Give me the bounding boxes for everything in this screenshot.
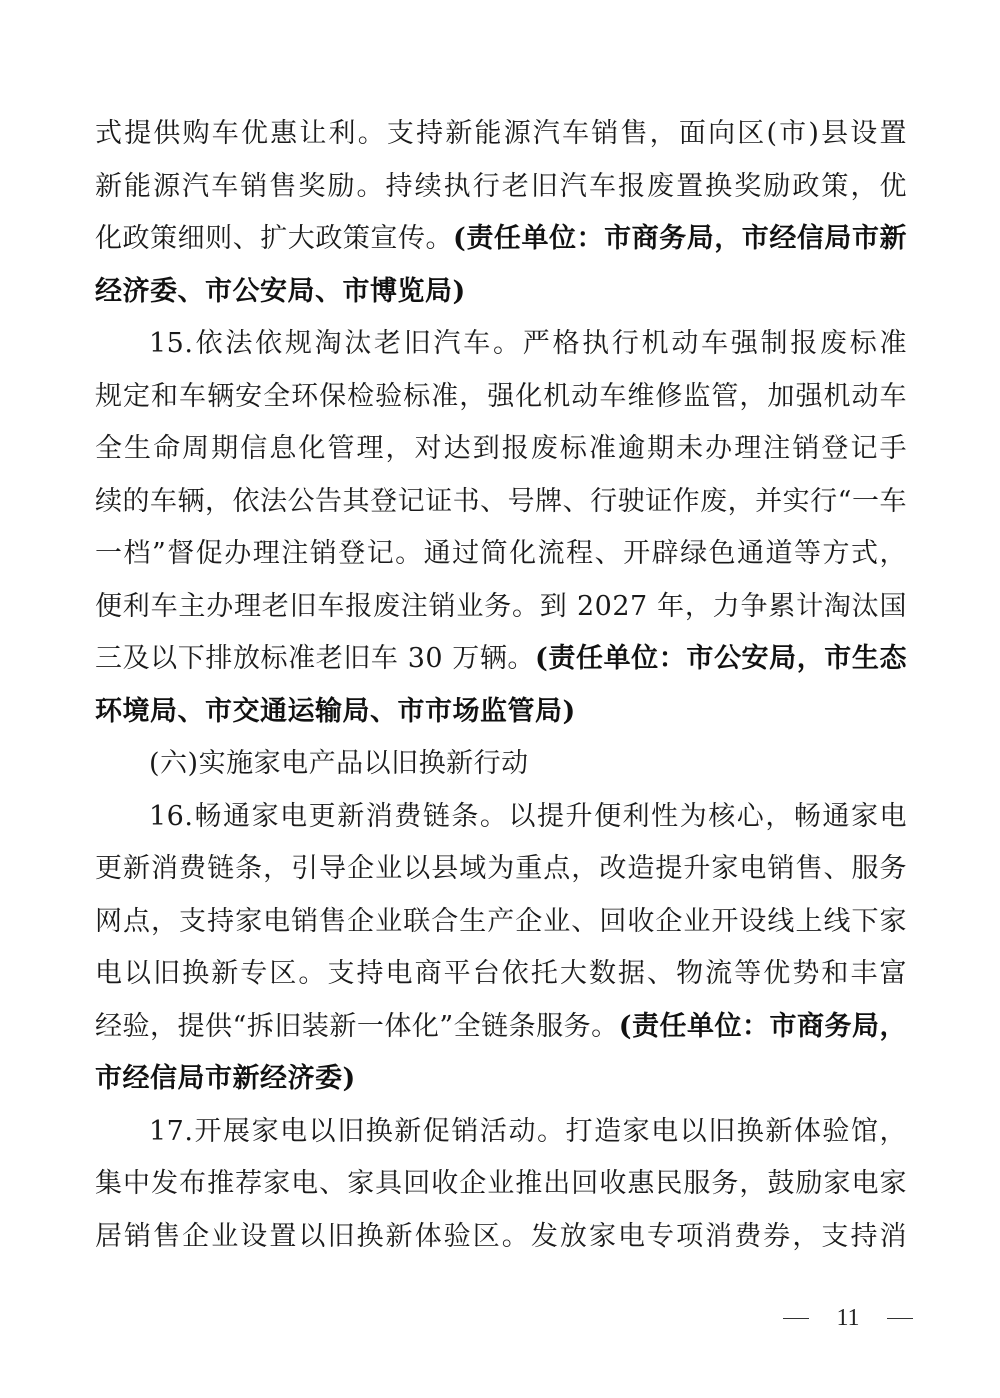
text-line-9: 一档”督促办理注销登记。通过简化流程、开辟绿色通道等方式， (95, 528, 907, 581)
line-text: 一档”督促办理注销登记。通过简化流程、开辟绿色通道等方式， (95, 538, 907, 569)
item-17-heading-line: 17.开展家电以旧换新促销活动。打造家电以旧换新体验馆， (95, 1106, 907, 1159)
line-text: 更新消费链条，引导企业以县域为重点，改造提升家电销售、服务 (95, 853, 907, 884)
text-line-21: 集中发布推荐家电、家具回收企业推出回收惠民服务，鼓励家电家 (95, 1158, 907, 1211)
text-line-10: 便利车主办理老旧车报废注销业务。到 2027 年，力争累计淘汰国 (95, 581, 907, 634)
line-text: 15.依法依规淘汰老旧汽车。严格执行机动车强制报废标准 (149, 328, 907, 359)
text-line-12: 环境局、市交通运输局、市市场监管局) (95, 686, 907, 739)
left-dash (783, 1318, 809, 1320)
line-text: 电以旧换新专区。支持电商平台依托大数据、物流等优势和丰富 (95, 958, 907, 989)
text-line-16: 网点，支持家电销售企业联合生产企业、回收企业开设线上线下家 (95, 896, 907, 949)
text-line-22: 居销售企业设置以旧换新体验区。发放家电专项消费券，支持消 (95, 1211, 907, 1264)
line-text: 全生命周期信息化管理，对达到报废标准逾期未办理注销登记手 (95, 433, 907, 464)
responsibility-units: (责任单位：市商务局，市经信局市新 (453, 223, 907, 254)
text-line-11: 三及以下排放标准老旧车 30 万辆。(责任单位：市公安局，市生态 (95, 633, 907, 686)
line-text: 集中发布推荐家电、家具回收企业推出回收惠民服务，鼓励家电家 (95, 1168, 907, 1199)
line-text: 便利车主办理老旧车报废注销业务。到 2027 年，力争累计淘汰国 (95, 591, 907, 622)
text-line-19: 市经信局市新经济委) (95, 1053, 907, 1106)
text-line-18: 经验，提供“拆旧装新一体化”全链条服务。(责任单位：市商务局， (95, 1001, 907, 1054)
text-line-7: 全生命周期信息化管理，对达到报废标准逾期未办理注销登记手 (95, 423, 907, 476)
line-text: 化政策细则、扩大政策宣传。 (95, 223, 453, 254)
responsibility-units: (责任单位：市商务局， (619, 1011, 907, 1042)
text-line-15: 更新消费链条，引导企业以县域为重点，改造提升家电销售、服务 (95, 843, 907, 896)
text-line-3: 化政策细则、扩大政策宣传。(责任单位：市商务局，市经信局市新 (95, 213, 907, 266)
item-16-heading-line: 16.畅通家电更新消费链条。以提升便利性为核心，畅通家电 (95, 791, 907, 844)
page-number: 11 (836, 1305, 859, 1332)
responsibility-units: 市经信局市新经济委) (95, 1063, 356, 1094)
text-line-6: 规定和车辆安全环保检验标准，强化机动车维修监管，加强机动车 (95, 371, 907, 424)
line-text: 续的车辆，依法公告其登记证书、号牌、行驶证作废，并实行“一车 (95, 486, 907, 517)
line-text: 网点，支持家电销售企业联合生产企业、回收企业开设线上线下家 (95, 906, 907, 937)
line-text: 新能源汽车销售奖励。持续执行老旧汽车报废置换奖励政策，优 (95, 171, 907, 202)
line-text: 规定和车辆安全环保检验标准，强化机动车维修监管，加强机动车 (95, 381, 907, 412)
responsibility-units: 环境局、市交通运输局、市市场监管局) (95, 696, 576, 727)
text-line-8: 续的车辆，依法公告其登记证书、号牌、行驶证作废，并实行“一车 (95, 476, 907, 529)
text-line-17: 电以旧换新专区。支持电商平台依托大数据、物流等优势和丰富 (95, 948, 907, 1001)
document-body: 式提供购车优惠让利。支持新能源汽车销售，面向区(市)县设置 新能源汽车销售奖励。… (95, 108, 907, 1263)
line-text: 式提供购车优惠让利。支持新能源汽车销售，面向区(市)县设置 (95, 118, 907, 149)
responsibility-units: 经济委、市公安局、市博览局) (95, 276, 466, 307)
line-text: 三及以下排放标准老旧车 30 万辆。 (95, 643, 535, 674)
text-line-2: 新能源汽车销售奖励。持续执行老旧汽车报废置换奖励政策，优 (95, 161, 907, 214)
text-line-1: 式提供购车优惠让利。支持新能源汽车销售，面向区(市)县设置 (95, 108, 907, 161)
page-footer: 11 (783, 1305, 913, 1332)
line-text: 17.开展家电以旧换新促销活动。打造家电以旧换新体验馆， (149, 1116, 907, 1147)
line-text: 居销售企业设置以旧换新体验区。发放家电专项消费券，支持消 (95, 1221, 907, 1252)
section-heading-text: (六)实施家电产品以旧换新行动 (149, 748, 529, 779)
responsibility-units: (责任单位：市公安局，市生态 (535, 643, 907, 674)
right-dash (887, 1318, 913, 1320)
line-text: 16.畅通家电更新消费链条。以提升便利性为核心，畅通家电 (149, 801, 907, 832)
line-text: 经验，提供“拆旧装新一体化”全链条服务。 (95, 1011, 619, 1042)
text-line-4: 经济委、市公安局、市博览局) (95, 266, 907, 319)
section-6-heading: (六)实施家电产品以旧换新行动 (95, 738, 907, 791)
item-15-heading-line: 15.依法依规淘汰老旧汽车。严格执行机动车强制报废标准 (95, 318, 907, 371)
